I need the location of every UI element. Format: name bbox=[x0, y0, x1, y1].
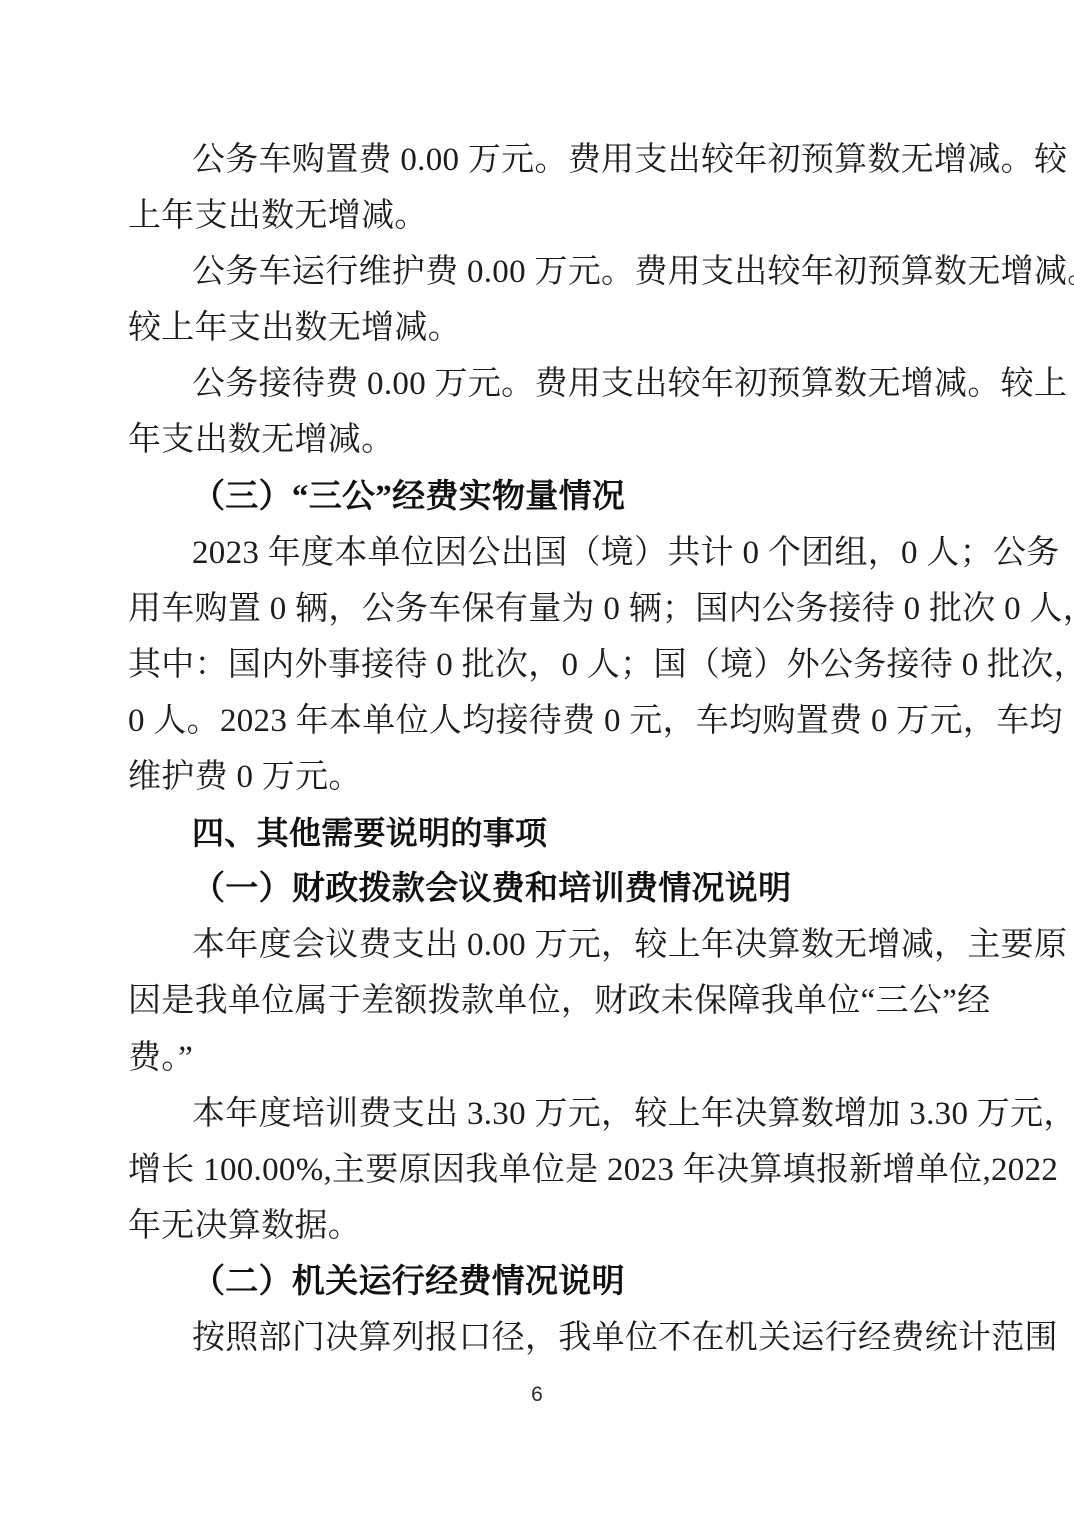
text-line: 0 人。2023 年本单位人均接待费 0 元，车均购置费 0 万元，车均 bbox=[128, 693, 964, 749]
text-line: 四、其他需要说明的事项 bbox=[128, 805, 964, 861]
text-line: 其中：国内外事接待 0 批次，0 人；国（境）外公务接待 0 批次， bbox=[128, 637, 964, 693]
text-line: 因是我单位属于差额拨款单位，财政未保障我单位“三公”经 bbox=[128, 973, 964, 1029]
text-line: 2023 年度本单位因公出国（境）共计 0 个团组，0 人；公务 bbox=[128, 525, 964, 581]
text-line: 增长 100.00%,主要原因我单位是 2023 年决算填报新增单位,2022 bbox=[128, 1142, 964, 1198]
text-line: 公务车运行维护费 0.00 万元。费用支出较年初预算数无增减。 bbox=[128, 244, 964, 300]
text-line: 年支出数无增减。 bbox=[128, 412, 964, 468]
text-line: （二）机关运行经费情况说明 bbox=[128, 1254, 964, 1310]
text-line: 本年度培训费支出 3.30 万元，较上年决算数增加 3.30 万元， bbox=[128, 1086, 964, 1142]
text-line: （一）财政拨款会议费和培训费情况说明 bbox=[128, 861, 964, 917]
text-line: （三）“三公”经费实物量情况 bbox=[128, 469, 964, 525]
text-line: 本年度会议费支出 0.00 万元，较上年决算数无增减，主要原 bbox=[128, 917, 964, 973]
page-number: 6 bbox=[0, 1380, 1074, 1410]
text-line: 费。” bbox=[128, 1030, 964, 1086]
text-line: 公务接待费 0.00 万元。费用支出较年初预算数无增减。较上 bbox=[128, 356, 964, 412]
text-line: 按照部门决算列报口径，我单位不在机关运行经费统计范围 bbox=[128, 1310, 964, 1366]
document-body: 公务车购置费 0.00 万元。费用支出较年初预算数无增减。较上年支出数无增减。公… bbox=[128, 132, 964, 1366]
text-line: 维护费 0 万元。 bbox=[128, 749, 964, 805]
text-line: 上年支出数无增减。 bbox=[128, 188, 964, 244]
text-line: 年无决算数据。 bbox=[128, 1198, 964, 1254]
text-line: 公务车购置费 0.00 万元。费用支出较年初预算数无增减。较 bbox=[128, 132, 964, 188]
document-page: 公务车购置费 0.00 万元。费用支出较年初预算数无增减。较上年支出数无增减。公… bbox=[0, 0, 1074, 1520]
text-line: 用车购置 0 辆，公务车保有量为 0 辆；国内公务接待 0 批次 0 人， bbox=[128, 581, 964, 637]
text-line: 较上年支出数无增减。 bbox=[128, 300, 964, 356]
